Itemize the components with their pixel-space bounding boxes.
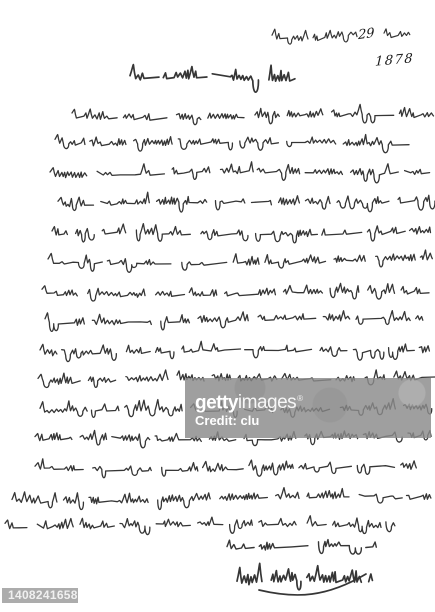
handwriting-closing — [227, 540, 376, 555]
handwriting-dateline — [272, 29, 357, 44]
handwriting-body-6 — [48, 250, 432, 272]
handwriting-body-1 — [72, 104, 434, 124]
getty-logo: gettyimages® — [195, 389, 431, 413]
getty-watermark: gettyimages® Credit: clu — [185, 378, 431, 438]
handwriting-body-4 — [58, 192, 435, 212]
registered-mark-icon: ® — [297, 394, 302, 403]
handwriting-dateline-suffix — [384, 29, 410, 38]
handwriting-body-14 — [12, 488, 435, 510]
handwritten-day-number: 29 — [358, 26, 374, 43]
handwriting-body-3 — [50, 162, 430, 183]
stock-photo-handwritten-letter: 29 1878 gettyimages® Credit: clu 1408241… — [0, 0, 435, 612]
handwriting-body-15 — [5, 516, 395, 535]
handwriting-body-2 — [55, 134, 409, 152]
handwriting-body-7 — [42, 283, 429, 301]
handwriting-body-9 — [40, 341, 429, 361]
image-id-badge: 1408241658 — [2, 588, 78, 603]
getty-logo-bold-part: getty — [195, 392, 238, 413]
getty-logo-regular-part: images — [238, 392, 296, 413]
handwriting-signature — [237, 563, 372, 595]
handwritten-letter-svg — [0, 0, 435, 612]
handwriting-body-5 — [52, 224, 435, 243]
handwriting-salutation — [130, 65, 295, 92]
watermark-credit: Credit: clu — [195, 413, 431, 429]
handwriting-body-8 — [45, 311, 423, 332]
handwriting-body-13 — [35, 459, 416, 478]
